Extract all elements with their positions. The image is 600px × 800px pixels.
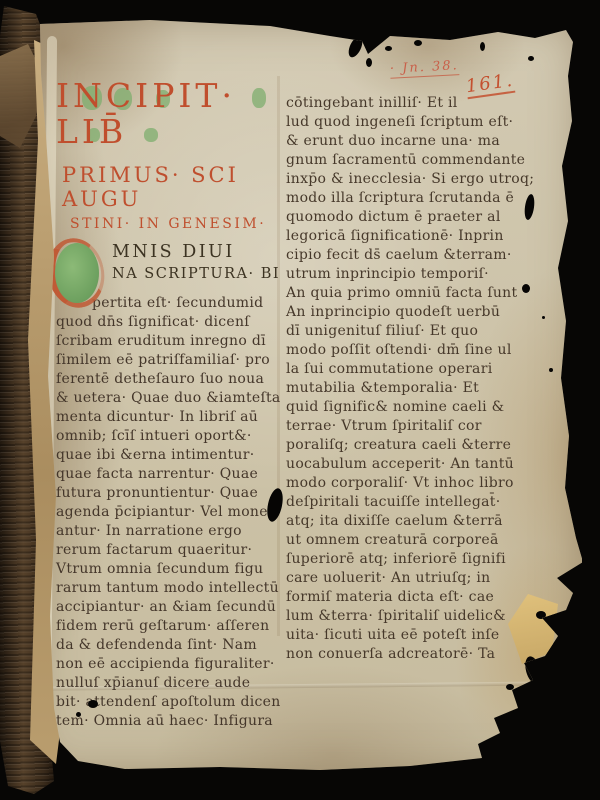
manuscript-text-line: fidem rerū geſtarum· aſſeren [56,617,290,636]
folio-annotation: · Jn. 38. [390,58,460,79]
worm-hole [536,611,546,619]
worm-hole [558,259,575,283]
manuscript-text-line: cōtingebant inilliſ· Et il [286,94,556,113]
manuscript-text-line: quod dn̄s ſignificat· dicenſ [56,313,290,332]
initial-green-body [55,243,99,303]
worm-hole [542,316,545,319]
manuscript-text-line: quomodo dictum ē praeter al [286,208,556,227]
ink-blot [76,712,81,717]
parchment-page: · Jn. 38. 161. INCIPIT· LIB̄ PRIMUS· SCI… [30,16,582,778]
manuscript-text-line: poraliſq; creatura caeli &terre [286,436,556,455]
ink-blot [528,56,534,61]
manuscript-text-line: menta dicuntur· In libriſ aū [56,408,290,427]
right-text-column: cōtingebant inilliſ· Et illud quod ingen… [286,86,556,664]
incipit-heading-line1: INCIPIT· LIB̄ [56,78,290,151]
ink-blot [480,42,485,51]
manuscript-text-line: omnib; ſcīſ intueri oport&· [56,427,290,446]
manuscript-text-line: quae ibi &erna intimentur· [56,446,290,465]
ink-blot [346,35,365,60]
manuscript-text-line: ut omnem creaturā corporeā [286,531,556,550]
manuscript-text-line: rarum tantum modo intellectū [56,579,290,598]
manuscript-text-line: deſpiritali tacuiſſe intellegat̄· [286,493,556,512]
incipit-heading-line2: PRIMUS· SCI AUGU [62,163,290,211]
worm-hole [506,684,514,690]
manuscript-text-line: terrae· Vtrum ſpiritaliſ cor [286,417,556,436]
manuscript-text-line: ſimilem eē patriſfamiliaſ· pro [56,351,290,370]
manuscript-text-line: non conuerſa adcreatorē· Ta [286,645,556,664]
manuscript-text-line: da & defendenda ſint· Nam [56,636,290,655]
opening-caps-line1: MNIS DIUI [112,242,290,262]
manuscript-text-line: modo poſſit oſtendi· dm̄ ſine ul [286,341,556,360]
manuscript-text-line: rerum factarum quaeritur· [56,541,290,560]
manuscript-text-line: An quia primo omniū facta ſunt [286,284,556,303]
left-column-lines: pertita eſt· ſecundumidquod dn̄s ſignifi… [56,294,290,731]
manuscript-text-line: uita· ſicuti uita eē poteſt inſe [286,626,556,645]
manuscript-text-line: legoricā ſignificationē· Inprin [286,227,556,246]
incipit-heading-line3: STINI· IN GENESIM· [70,216,290,232]
worm-hole [522,284,530,293]
manuscript-text-line: mutabilia &temporalia· Et [286,379,556,398]
left-text-column: INCIPIT· LIB̄ PRIMUS· SCI AUGU STINI· IN… [56,78,290,731]
manuscript-text-line: lum &terra· ſpiritaliſ uidelic& [286,607,556,626]
manuscript-text-line: futura pronuntientur· Quae [56,484,290,503]
manuscript-text-line: inxp̄o & inecclesia· Si ergo utroq; [286,170,556,189]
manuscript-text-line: quae facta narrentur· Quae [56,465,290,484]
ink-blot [385,46,392,51]
manuscript-text-line: ſuperiorē atq; inferiorē ſignifi [286,550,556,569]
manuscript-text-line: modo illa ſcriptura ſcrutanda ē [286,189,556,208]
manuscript-text-line: antur· In narratione ergo [56,522,290,541]
manuscript-text-line: la ſui commutatione operari [286,360,556,379]
manuscript-text-line: care uoluerit· An utriuſq; in [286,569,556,588]
manuscript-text-line: cipio fecit ds̄ caelum &terram· [286,246,556,265]
manuscript-photo: · Jn. 38. 161. INCIPIT· LIB̄ PRIMUS· SCI… [0,0,600,800]
manuscript-text-line: atq; ita dixiſſe caelum &terrā [286,512,556,531]
manuscript-text-line: uocabulum acceperit· An tantū [286,455,556,474]
initial-letter-o [48,238,104,308]
ink-blot [414,40,422,46]
manuscript-text-line: tem· Omnia aū haec· Infigura [56,712,290,731]
worm-hole [549,368,553,372]
manuscript-text-line: lud quod ingeneſi ſcriptum eſt· [286,113,556,132]
opening-block: MNIS DIUI NA SCRIPTURA· BI [56,242,290,286]
ink-blot [88,700,98,708]
manuscript-text-line: agenda p̄cipiantur· Vel mone [56,503,290,522]
manuscript-text-line: An inprincipio quodeſt uerbū [286,303,556,322]
manuscript-text-line: accipiantur· an &iam ſecundū [56,598,290,617]
manuscript-text-line: ſcribam eruditum inregno dī [56,332,290,351]
manuscript-text-line: & erunt duo incarne una· ma [286,132,556,151]
manuscript-text-line: & uetera· Quae duo &iamteſta [56,389,290,408]
manuscript-text-line: formiſ materia dicta eſt· cae [286,588,556,607]
manuscript-text-line: modo corporaliſ· Vt inhoc libro [286,474,556,493]
manuscript-text-line: utrum inprincipio temporiſ· [286,265,556,284]
manuscript-text-line: quid ſignific& nomine caeli & [286,398,556,417]
manuscript-text-line: ferentē detheſauro ſuo noua [56,370,290,389]
manuscript-text-line: Vtrum omnia ſecundum figu [56,560,290,579]
manuscript-text-line: non eē accipienda figuraliter· [56,655,290,674]
manuscript-text-line: dī unigenituſ filiuſ· Et quo [286,322,556,341]
manuscript-text-line: nulluſ xp̄ianuſ dicere aude [56,674,290,693]
opening-caps-line2: NA SCRIPTURA· BI [112,266,290,282]
ink-blot [366,58,372,67]
manuscript-text-line: gnum ſacramentū commendante [286,151,556,170]
right-column-lines: cōtingebant inilliſ· Et illud quod ingen… [286,94,556,664]
